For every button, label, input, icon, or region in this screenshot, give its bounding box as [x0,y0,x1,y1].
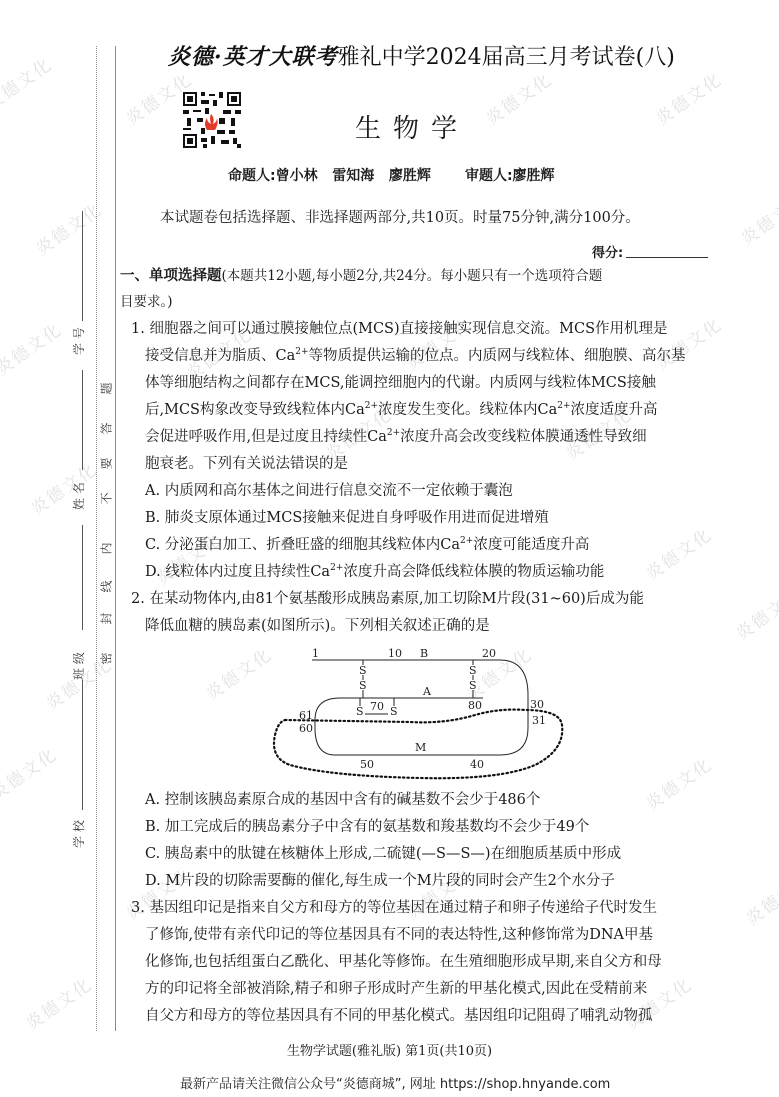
class-fill-line [82,525,83,630]
q3-line: 自父方和母方的等位基因具有不同的甲基化模式。基因组印记阻碍了哺乳动物孤 [145,1006,653,1026]
name-fill-line [82,370,83,470]
svg-text:S: S [359,679,367,692]
q3-line: 了修饰,使带有亲代印记的等位基因具有不同的表达特性,这种修饰常为DNA甲基 [145,925,653,945]
q1-line: 1. 细胞器之间可以通过膜接触位点(MCS)直接接触实现信息交流。MCS作用机理… [131,319,668,339]
q1-option-a[interactable]: A. 内质网和高尔基体之间进行信息交流不一定依赖于囊泡 [145,481,513,501]
svg-text:61: 61 [299,709,313,722]
q3-line: 化修饰,也包括组蛋白乙酰化、甲基化等修饰。在生殖细胞形成早期,来自父方和母 [145,952,662,972]
seal-char: 封 [98,612,115,624]
svg-text:20: 20 [482,647,496,660]
page-footer: 生物学试题(雅礼版) 第1页(共10页) [0,1040,779,1059]
watermark: 炎德文化 [740,865,779,929]
watermark: 炎德文化 [20,970,97,1034]
q2-line: 降低血糖的胰岛素(如图所示)。下列相关叙述正确的是 [145,616,490,636]
school-fill-line [82,680,83,810]
q2-option-d[interactable]: D. M片段的切除需要酶的催化,每生成一个M片段的同时会产生2个水分子 [145,871,615,891]
exam-title: 炎德·英才大联考雅礼中学2024届高三月考试卷(八) [168,40,675,71]
watermark: 炎德文化 [650,65,727,129]
exam-title-text: 雅礼中学2024届高三月考试卷(八) [338,45,675,70]
svg-text:50: 50 [360,758,374,771]
svg-text:S: S [390,705,398,718]
section-note-cont: 目要求。) [120,292,173,312]
q2-option-a[interactable]: A. 控制该胰岛素原合成的基因中含有的碱基数不会少于486个 [145,790,540,810]
promo-text: 最新产品请关注微信公众号“炎德商城”, 网址 https://shop.hnya… [180,1073,610,1092]
svg-text:M: M [415,741,426,754]
exam-intro: 本试题卷包括选择题、非选择题两部分,共10页。时量75分钟,满分100分。 [160,206,640,227]
proinsulin-diagram: 1 10 B 20 S S S S A S S 70 80 30 31 61 6… [270,640,570,780]
watermark: 炎德文化 [640,750,717,814]
svg-text:70: 70 [370,700,384,713]
class-label: 班 级 [70,652,87,680]
q1-option-d[interactable]: D. 线粒体内过度且持续性Ca2+浓度升高会降低线粒体膜的物质运输功能 [145,562,604,582]
q2-option-b[interactable]: B. 加工完成后的胰岛素分子中含有的氨基数和羧基数均不会少于49个 [145,817,589,837]
score-field[interactable] [626,257,708,258]
svg-text:1: 1 [312,647,319,660]
section-title: 一、单项选择题 [120,268,222,284]
watermark: 炎德文化 [30,195,107,259]
watermark: 炎德文化 [0,740,61,804]
qr-code-icon [183,92,241,148]
authors-line: 命题人:曾小林 雷知海 廖胜辉 审题人:廖胜辉 [228,165,555,185]
watermark: 炎德文化 [480,65,557,129]
svg-text:S: S [356,705,364,718]
brand-name: 炎德·英才大联考 [168,44,338,70]
seal-dotted-line [96,46,97,1031]
svg-text:30: 30 [530,698,544,711]
seal-char: 要 [98,457,115,469]
watermark: 炎德文化 [25,455,102,519]
svg-text:31: 31 [532,714,546,727]
score-label: 得分: [592,242,623,261]
svg-text:S: S [359,664,367,677]
student-id-label: 学 号 [70,327,87,355]
seal-char: 不 [98,492,115,504]
seal-char: 内 [98,542,115,554]
svg-text:A: A [422,685,432,698]
q1-option-b[interactable]: B. 肺炎支原体通过MCS接触来促进自身呼吸作用进而促进增殖 [145,508,549,528]
svg-text:S: S [469,664,477,677]
q3-line: 3. 基因组印记是指来自父方和母方的等位基因在通过精子和卵子传递给子代时发生 [131,898,657,918]
watermark: 炎德文化 [730,580,779,644]
section-heading: 一、单项选择题(本题共12小题,每小题2分,共24分。每小题只有一个选项符合题 [120,266,602,286]
seal-solid-line [115,46,116,1031]
watermark: 炎德文化 [0,315,66,379]
q1-line: 接受信息并为脂质、Ca2+等物质提供运输的位点。内质网与线粒体、细胞膜、高尔基 [145,346,686,366]
seal-char: 答 [98,422,115,434]
q2-line: 2. 在某动物体内,由81个氨基酸形成胰岛素原,加工切除M片段(31~60)后成… [131,589,644,609]
seal-char: 密 [98,652,115,664]
watermark: 炎德文化 [0,50,56,114]
q1-line: 后,MCS构象改变导致线粒体内Ca2+浓度发生变化。线粒体内Ca2+浓度适度升高 [145,400,658,420]
svg-text:40: 40 [470,758,484,771]
svg-text:60: 60 [299,722,313,735]
section-note: (本题共12小题,每小题2分,共24分。每小题只有一个选项符合题 [222,268,603,284]
q1-line: 体等细胞结构之间都存在MCS,能调控细胞内的代谢。内质网与线粒体MCS接触 [145,373,656,393]
watermark: 炎德文化 [200,640,277,704]
svg-text:80: 80 [468,699,482,712]
watermark: 炎德文化 [735,185,779,249]
student-id-fill-line [82,211,83,321]
svg-text:S: S [469,679,477,692]
svg-text:10: 10 [388,647,402,660]
seal-char: 线 [98,580,115,592]
q2-option-c[interactable]: C. 胰岛素中的肽键在核糖体上形成,二硫键(—S—S—)在细胞质基质中形成 [145,844,621,864]
q1-line: 胞衰老。下列有关说法错误的是 [145,454,348,474]
q1-line: 会促进呼吸作用,但是过度且持续性Ca2+浓度升高会改变线粒体膜通透性导致细 [145,427,647,447]
subject-title: 生物学 [355,108,469,145]
school-label: 学 校 [70,820,87,848]
q1-option-c[interactable]: C. 分泌蛋白加工、折叠旺盛的细胞其线粒体内Ca2+浓度可能适度升高 [145,535,589,555]
seal-char: 题 [98,382,115,394]
watermark: 炎德文化 [640,520,717,584]
name-label: 姓 名 [70,482,87,510]
q3-line: 方的印记将全部被消除,精子和卵子形成时产生新的甲基化模式,因此在受精前来 [145,979,647,999]
svg-text:B: B [420,647,428,660]
